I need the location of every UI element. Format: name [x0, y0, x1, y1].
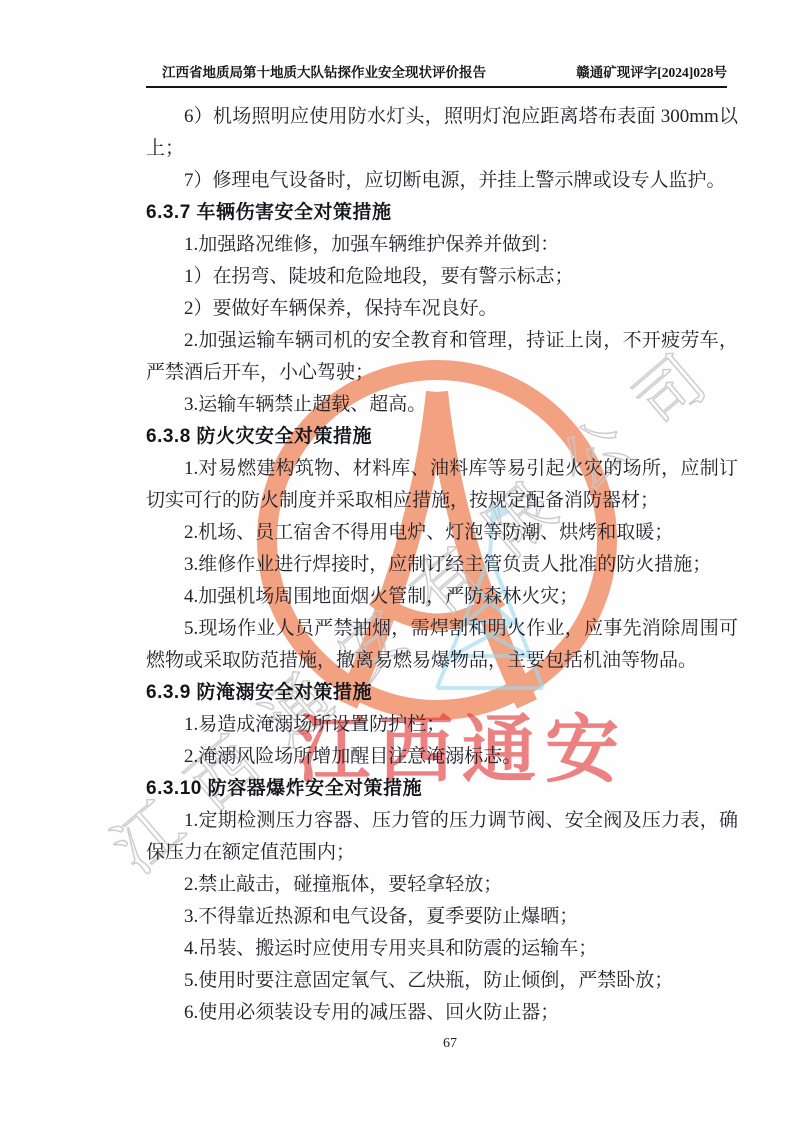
page-footer: 67: [146, 1036, 754, 1052]
paragraph: 4.加强机场周围地面烟火管制，严防森林火灾；: [146, 581, 738, 613]
section-heading: 6.3.10 防容器爆炸安全对策措施: [146, 773, 738, 805]
paragraph: 2.禁止敲击，碰撞瓶体，要轻拿轻放；: [146, 869, 738, 901]
section-heading: 6.3.7 车辆伤害安全对策措施: [146, 197, 738, 229]
section-heading: 6.3.9 防淹溺安全对策措施: [146, 677, 738, 709]
paragraph: 2.机场、员工宿舍不得用电炉、灯泡等防潮、烘烤和取暖；: [146, 517, 738, 549]
paragraph: 1.对易燃建构筑物、材料库、油料库等易引起火灾的场所，应制订切实可行的防火制度并…: [146, 453, 738, 517]
paragraph: 1.易造成淹溺场所设置防护栏；: [146, 709, 738, 741]
header-doc-number: 赣通矿现评字[2024]028号: [576, 61, 727, 81]
paragraph: 2）要做好车辆保养，保持车况良好。: [146, 293, 738, 325]
paragraph: 1.定期检测压力容器、压力管的压力调节阀、安全阀及压力表，确保压力在额定值范围内…: [146, 805, 738, 869]
document-body: 6）机场照明应使用防水灯头，照明灯泡应距离塔布表面 300mm以上；7）修理电气…: [146, 101, 738, 1029]
paragraph: 6）机场照明应使用防水灯头，照明灯泡应距离塔布表面 300mm以上；: [146, 101, 738, 165]
paragraph: 3.维修作业进行焊接时，应制订经主管负责人批准的防火措施；: [146, 549, 738, 581]
paragraph: 5.使用时要注意固定氧气、乙炔瓶，防止倾倒，严禁卧放；: [146, 965, 738, 997]
paragraph: 7）修理电气设备时，应切断电源，并挂上警示牌或设专人监护。: [146, 165, 738, 197]
paragraph: 2.加强运输车辆司机的安全教育和管理，持证上岗，不开疲劳车，严禁酒后开车，小心驾…: [146, 325, 738, 389]
paragraph: 5.现场作业人员严禁抽烟，需焊割和明火作业，应事先消除周围可燃物或采取防范措施，…: [146, 613, 738, 677]
report-page: 江西通安有限公司 江西通安 江西省地质局第十地质大队钻探作业安全现状评价报告 赣…: [0, 0, 793, 1122]
paragraph: 1）在拐弯、陡坡和危险地段，要有警示标志；: [146, 261, 738, 293]
paragraph: 1.加强路况维修，加强车辆维护保养并做到：: [146, 229, 738, 261]
paragraph: 3.不得靠近热源和电气设备，夏季要防止爆晒；: [146, 901, 738, 933]
page-number: 67: [443, 1036, 457, 1051]
paragraph: 4.吊装、搬运时应使用专用夹具和防震的运输车；: [146, 933, 738, 965]
paragraph: 6.使用必须装设专用的减压器、回火防止器；: [146, 997, 738, 1029]
section-heading: 6.3.8 防火灾安全对策措施: [146, 421, 738, 453]
paragraph: 2.淹溺风险场所增加醒目注意淹溺标志。: [146, 741, 738, 773]
header-report-title: 江西省地质局第十地质大队钻探作业安全现状评价报告: [146, 61, 486, 81]
page-header: 江西省地质局第十地质大队钻探作业安全现状评价报告 赣通矿现评字[2024]028…: [146, 61, 727, 88]
paragraph: 3.运输车辆禁止超载、超高。: [146, 389, 738, 421]
